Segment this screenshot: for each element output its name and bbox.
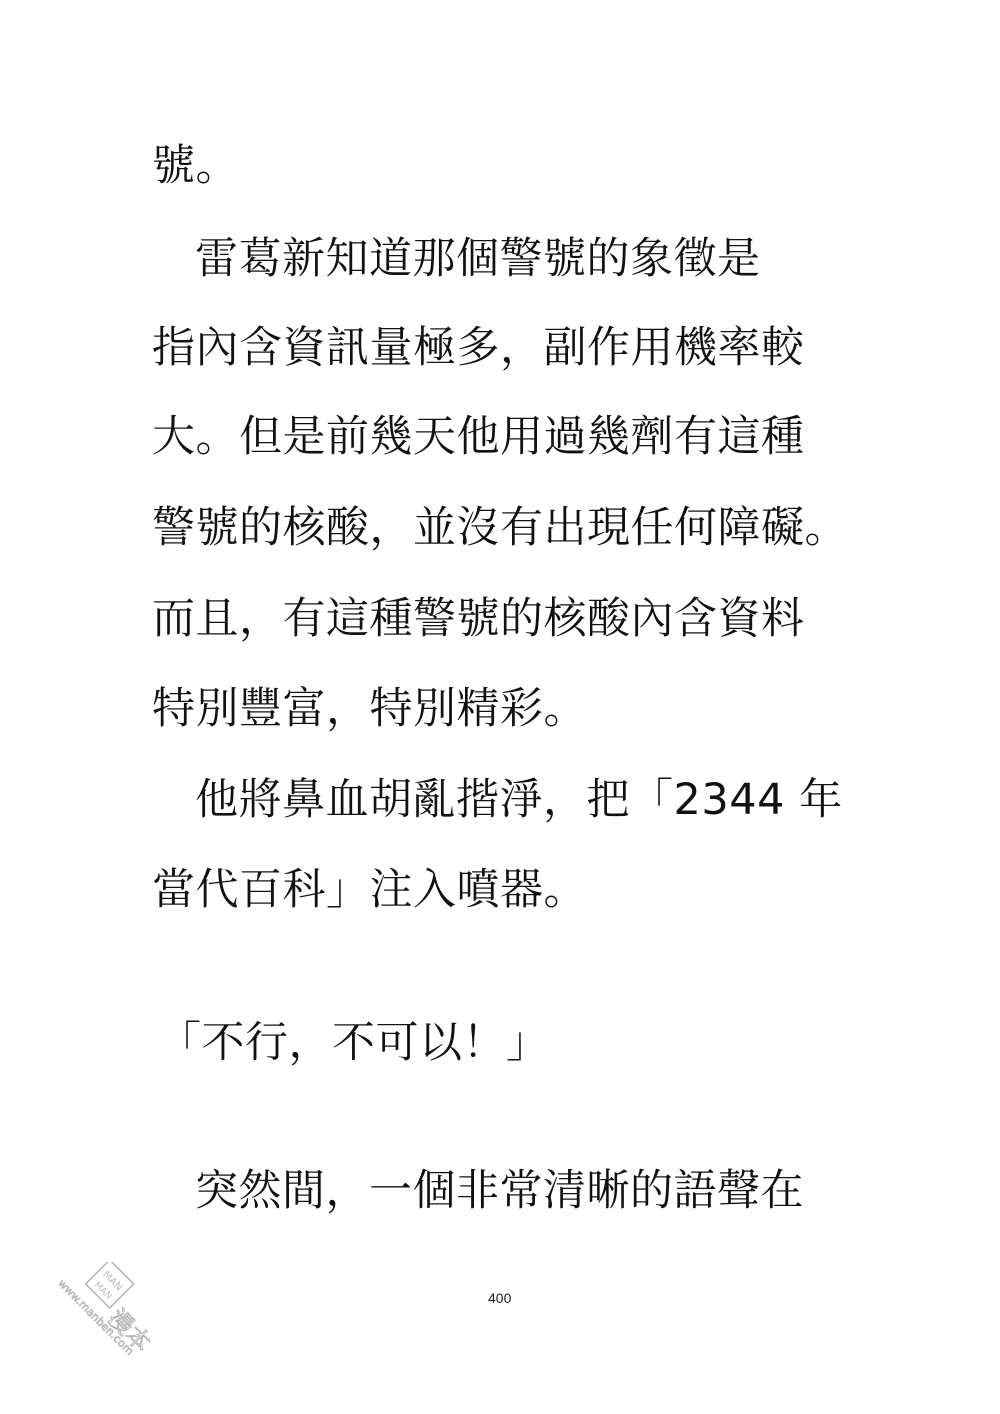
text-line-9: 當代百科」注入噴器。 xyxy=(152,864,587,916)
dialogue-line: 「不行，不可以！」 xyxy=(158,1017,550,1069)
text-line-6: 而且，有這種警號的核酸內含資料 xyxy=(152,593,805,645)
watermark-logo: MAN MAN www.manben.com 漫本 xyxy=(10,1262,150,1402)
text-line-1: 號。 xyxy=(152,140,239,192)
text-line-3: 指內含資訊量極多，副作用機率較 xyxy=(152,322,805,374)
text-line-2: 雷葛新知道那個警號的象徵是 xyxy=(195,233,761,285)
manben-logo-icon: MAN MAN www.manben.com 漫本 xyxy=(10,1262,150,1402)
text-line-7: 特別豐富，特別精彩。 xyxy=(152,683,587,735)
page-number: 400 xyxy=(488,1290,511,1306)
text-line-4: 大。但是前幾天他用過幾劑有這種 xyxy=(152,411,805,463)
document-page: 號。 雷葛新知道那個警號的象徵是 指內含資訊量極多，副作用機率較 大。但是前幾天… xyxy=(0,0,1000,1414)
text-line-11: 突然間，一個非常清晰的語聲在 xyxy=(195,1165,804,1217)
text-line-8: 他將鼻血胡亂揩淨，把「2344 年 xyxy=(195,774,843,826)
text-line-5: 警號的核酸，並沒有出現任何障礙。 xyxy=(152,502,848,554)
